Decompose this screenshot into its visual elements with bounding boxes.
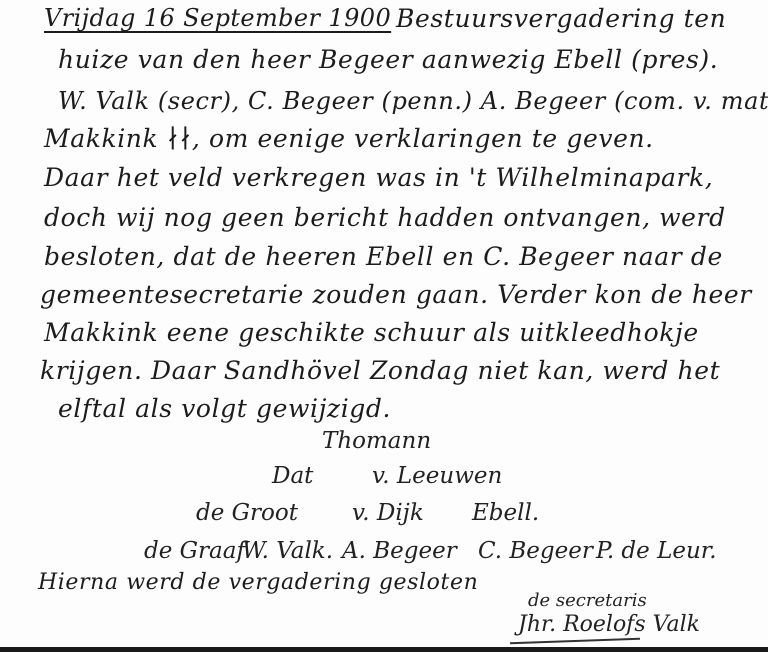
minutes-line-6: besloten, dat de heeren Ebell en C. Bege…: [44, 242, 723, 271]
minutes-line-4: Daar het veld verkregen was in 't Wilhel…: [44, 163, 713, 192]
signature-title: de secretaris: [528, 590, 647, 611]
minutes-line-2: W. Valk (secr), C. Begeer (penn.) A. Beg…: [58, 87, 768, 115]
minutes-line-10: elftal als volgt gewijzigd.: [58, 394, 391, 423]
scanned-minutes-page: Vrijdag 16 September 1900 Bestuursvergad…: [0, 0, 768, 652]
signature-underline: [510, 638, 640, 645]
scan-bottom-edge: [0, 647, 768, 652]
meeting-date: Vrijdag 16 September 1900: [44, 4, 391, 32]
minutes-line-3: Makkink ∤∤, om eenige verklaringen te ge…: [44, 124, 654, 153]
minutes-line-9: krijgen. Daar Sandhövel Zondag niet kan,…: [40, 356, 720, 385]
team-player-v-dijk: v. Dijk: [352, 500, 424, 526]
minutes-line-7: gemeentesecretarie zouden gaan. Verder k…: [40, 280, 752, 309]
heading-title: Bestuursvergadering ten: [396, 4, 726, 33]
team-player-de-groot: de Groot: [196, 500, 298, 526]
team-player-w-valk: W. Valk.: [242, 538, 333, 564]
team-player-thomann: Thomann: [322, 428, 431, 454]
team-player-a-begeer: A. Begeer: [342, 538, 457, 564]
minutes-line-1: huize van den heer Begeer aanwezig Ebell…: [58, 45, 718, 74]
closing-statement: Hierna werd de vergadering gesloten: [38, 570, 478, 595]
minutes-line-8: Makkink eene geschikte schuur als uitkle…: [44, 318, 699, 347]
team-player-ebell: Ebell.: [472, 500, 539, 526]
team-player-v-leeuwen: v. Leeuwen: [372, 463, 502, 489]
team-player-c-begeer: C. Begeer: [478, 538, 593, 564]
team-player-p-de-leur: P. de Leur.: [596, 538, 717, 564]
signature-name: Jhr. Roelofs Valk: [518, 612, 700, 637]
team-player-dat: Dat: [272, 463, 313, 489]
team-player-de-graaf: de Graaf: [144, 538, 245, 564]
minutes-line-5: doch wij nog geen bericht hadden ontvang…: [44, 203, 726, 232]
